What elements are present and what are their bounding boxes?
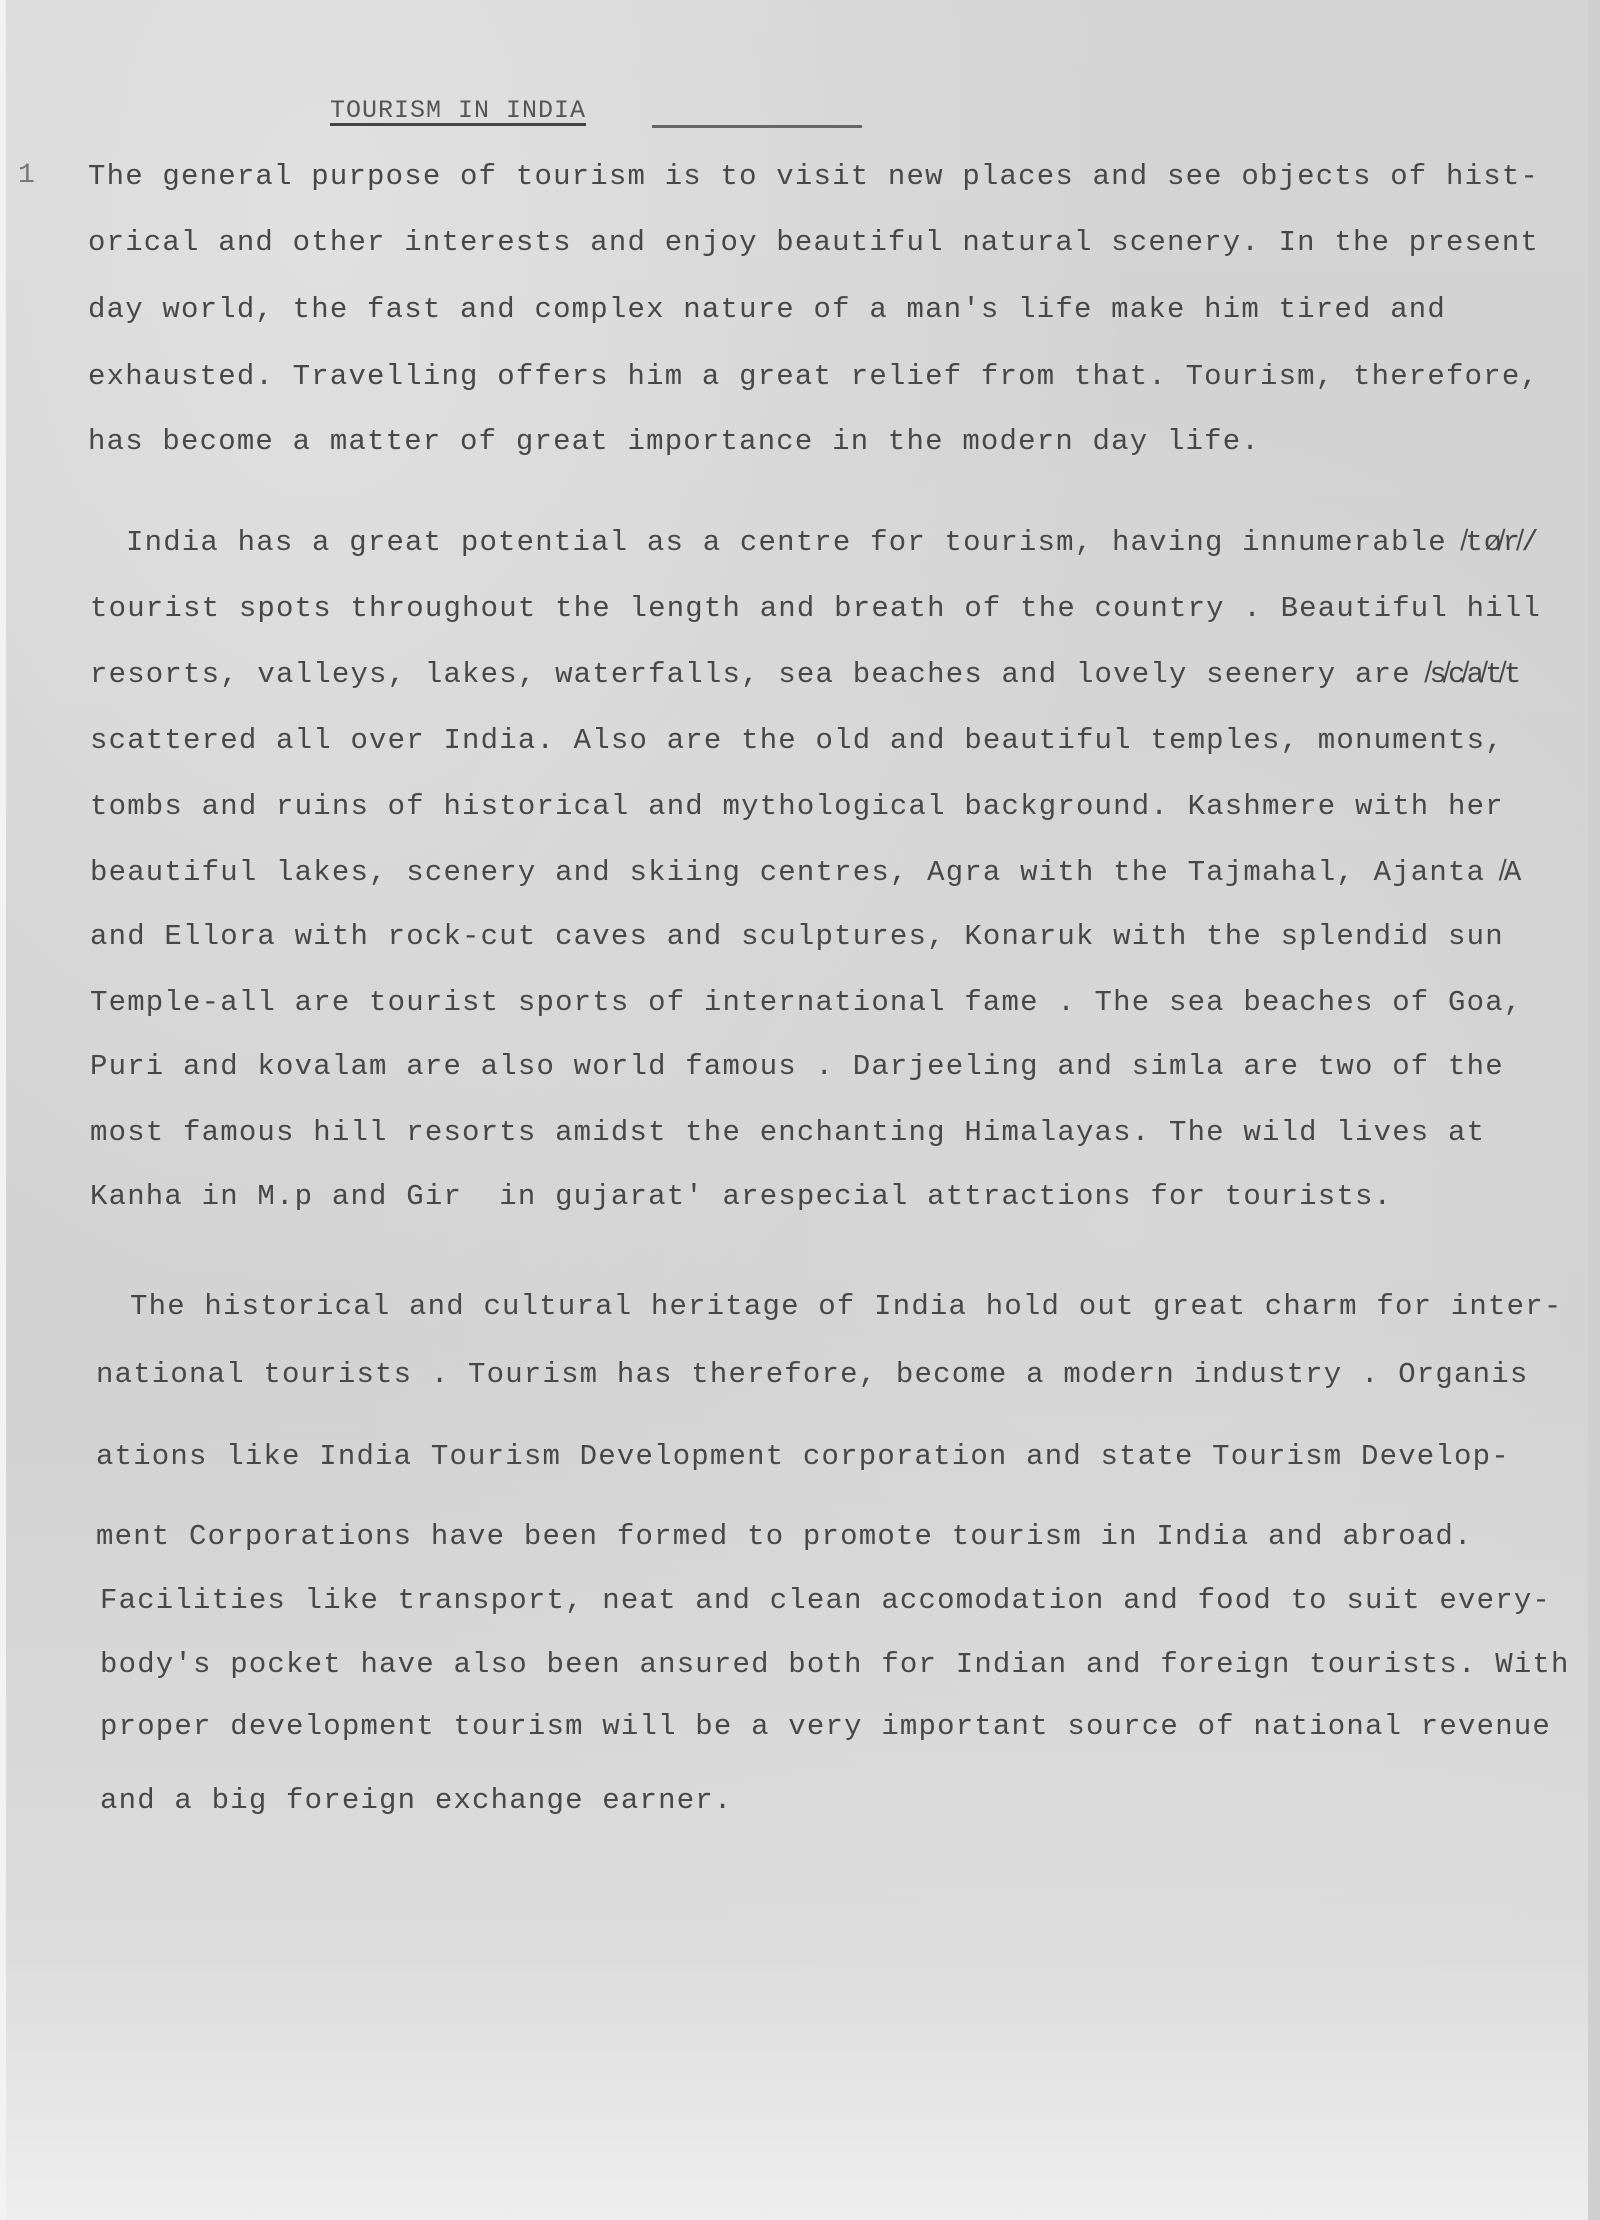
paragraph-2-line-4: scattered all over India. Also are the o… [90,724,1504,757]
paragraph-2-line-10: most famous hill resorts amidst the ench… [90,1116,1485,1149]
paragraph-2-line-2: tourist spots throughout the length and … [90,592,1541,625]
paragraph-3-line-2: national tourists . Tourism has therefor… [96,1358,1528,1391]
margin-mark: 1 [18,160,35,191]
page-right-edge [1588,0,1600,2220]
paragraph-1-line-2: orical and other interests and enjoy bea… [88,226,1539,259]
paragraph-2-line-7: and Ellora with rock-cut caves and sculp… [90,920,1504,953]
paragraph-2-line-9: Puri and kovalam are also world famous .… [90,1050,1504,1083]
paragraph-3-line-7: proper development tourism will be a ver… [100,1710,1551,1743]
paragraph-1-line-4: exhausted. Travelling offers him a great… [88,360,1539,393]
paragraph-2-line-6: beautiful lakes, scenery and skiing cent… [90,856,1522,889]
paragraph-2-line-8: Temple-all are tourist sports of interna… [90,986,1522,1019]
paragraph-2-line-1: India has a great potential as a centre … [126,526,1540,559]
document-title: TOURISM IN INDIA [330,96,586,125]
paragraph-3-line-6: body's pocket have also been ansured bot… [100,1648,1570,1681]
scanned-page: 1 TOURISM IN INDIA The general purpose o… [0,0,1600,2220]
paragraph-3-line-1: The historical and cultural heritage of … [130,1290,1562,1323]
paragraph-2-line-11: Kanha in M.p and Gir in gujarat' arespec… [90,1180,1392,1213]
paragraph-2-line-3: resorts, valleys, lakes, waterfalls, sea… [90,658,1522,691]
paragraph-2-line-5: tombs and ruins of historical and mythol… [90,790,1504,823]
paragraph-3-line-8: and a big foreign exchange earner. [100,1784,733,1817]
paragraph-3-line-4: ment Corporations have been formed to pr… [96,1520,1473,1553]
paragraph-3-line-5: Facilities like transport, neat and clea… [100,1584,1551,1617]
paragraph-1-line-3: day world, the fast and complex nature o… [88,293,1446,326]
title-underline-trail [652,125,862,128]
page-left-edge [0,0,6,2220]
paragraph-1-line-1: The general purpose of tourism is to vis… [88,160,1539,193]
paragraph-1-line-5: has become a matter of great importance … [88,425,1260,458]
paragraph-3-line-3: ations like India Tourism Development co… [96,1440,1510,1473]
